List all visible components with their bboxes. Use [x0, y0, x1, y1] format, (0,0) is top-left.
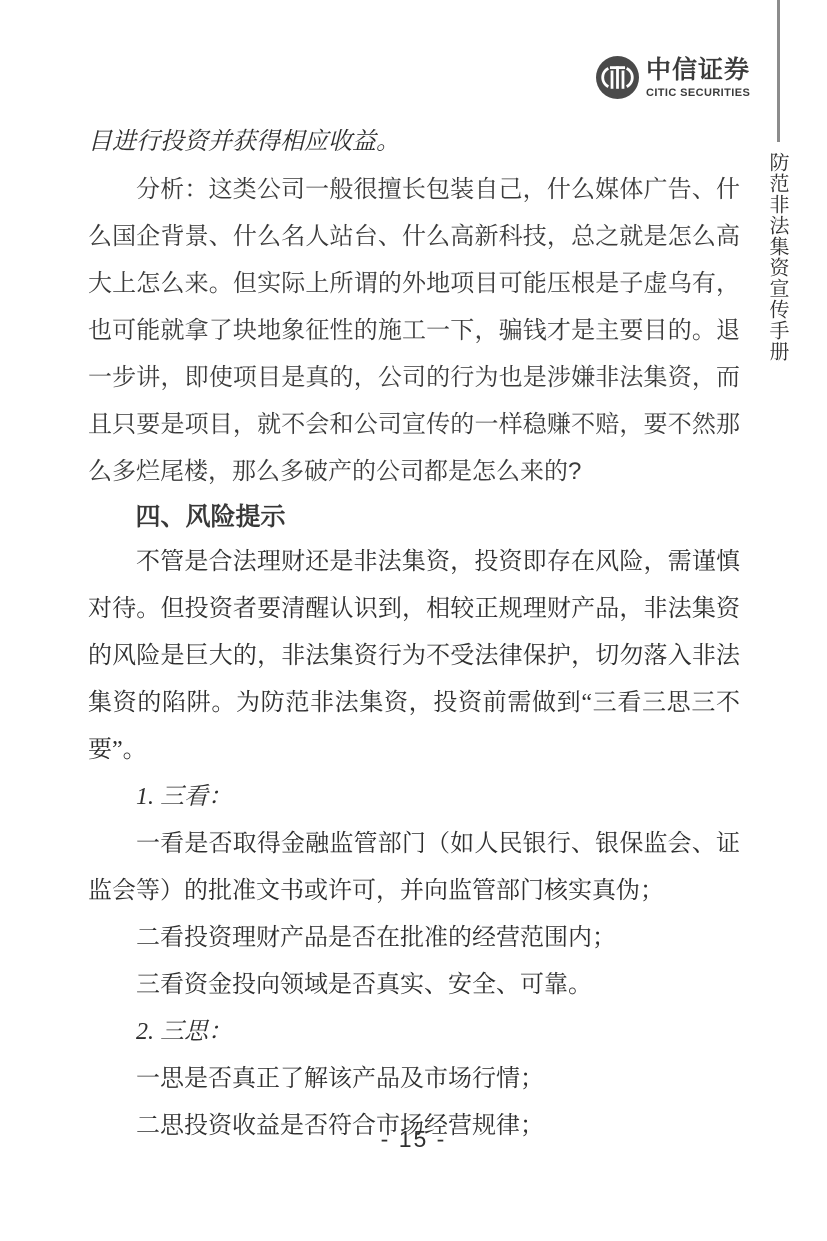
page-number: - 15 -: [0, 1126, 827, 1153]
citic-emblem-icon: [596, 56, 639, 99]
side-divider-rule: [777, 0, 780, 142]
paragraph-think-1: 一思是否真正了解该产品及市场行情；: [88, 1056, 740, 1103]
booklet-side-title: 防范非法集资宣传手册: [763, 152, 792, 362]
paragraph-look-1: 一看是否取得金融监管部门（如人民银行、银保监会、证监会等）的批准文书或许可，并向…: [88, 821, 740, 915]
body-content: 目进行投资并获得相应收益。 分析：这类公司一般很擅长包装自己，什么媒体广告、什么…: [88, 119, 740, 1150]
paragraph-continuation: 目进行投资并获得相应收益。: [88, 119, 740, 166]
list-label-three-thinks: 2. 三思：: [88, 1009, 740, 1056]
paragraph-look-3: 三看资金投向领域是否真实、安全、可靠。: [88, 962, 740, 1009]
brand-name-cn: 中信证券: [646, 58, 750, 84]
list-label-three-looks: 1. 三看：: [88, 774, 740, 821]
citic-logo: 中信证券 CITIC SECURITIES: [596, 56, 750, 99]
brand-text: 中信证券 CITIC SECURITIES: [646, 58, 750, 99]
document-page: 中信证券 CITIC SECURITIES 防范非法集资宣传手册 目进行投资并获…: [0, 0, 827, 1241]
paragraph-look-2: 二看投资理财产品是否在批准的经营范围内；: [88, 915, 740, 962]
section-heading-risk-warning: 四、风险提示: [88, 495, 740, 539]
paragraph-analysis: 分析：这类公司一般很擅长包装自己，什么媒体广告、什么国企背景、什么名人站台、什么…: [88, 166, 740, 495]
brand-name-en: CITIC SECURITIES: [646, 87, 750, 99]
paragraph-risk-intro: 不管是合法理财还是非法集资，投资即存在风险，需谨慎对待。但投资者要清醒认识到，相…: [88, 539, 740, 774]
